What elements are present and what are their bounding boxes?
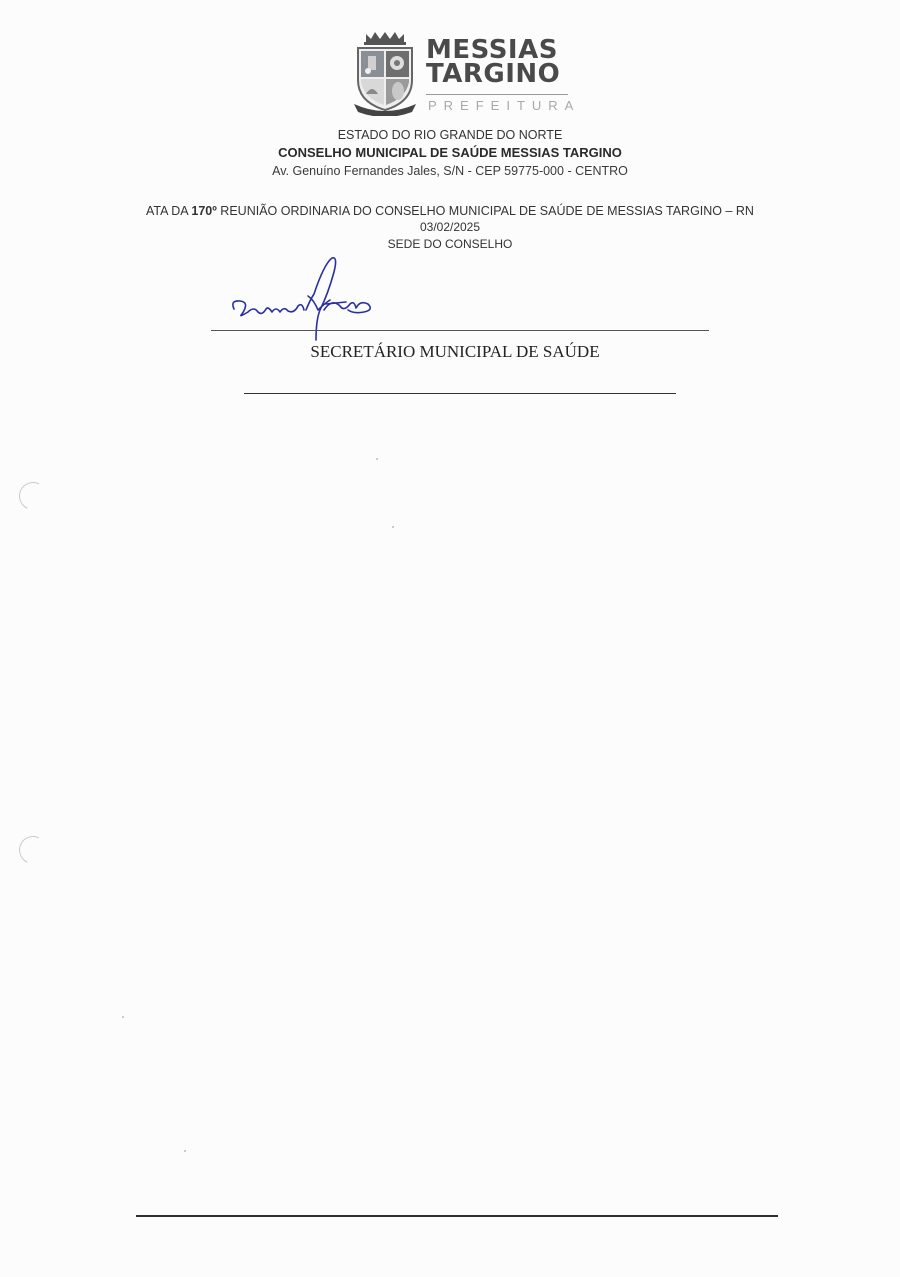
punch-hole-mark (15, 832, 51, 868)
council-address: Av. Genuíno Fernandes Jales, S/N - CEP 5… (0, 164, 900, 178)
scan-speck (122, 1016, 124, 1018)
document-page: MESSIAS TARGINO PREFEITURA ESTADO DO RIO… (0, 0, 900, 1277)
meeting-date: 03/02/2025 (0, 220, 900, 234)
signatory-role: SECRETÁRIO MUNICIPAL DE SAÚDE (0, 342, 900, 362)
state-name: ESTADO DO RIO GRANDE DO NORTE (0, 128, 900, 142)
minutes-title-prefix: ATA DA (146, 204, 191, 218)
logo-subtitle: PREFEITURA (428, 98, 580, 113)
logo-divider (426, 94, 568, 95)
scan-speck (392, 526, 394, 528)
prefeitura-logo: MESSIAS TARGINO PREFEITURA (352, 30, 574, 118)
scan-speck (376, 458, 378, 460)
scan-speck (184, 1150, 186, 1152)
signature-line (211, 330, 709, 331)
footer-rule (136, 1215, 778, 1217)
logo-title-line2: TARGINO (426, 62, 560, 86)
coat-of-arms-icon (352, 30, 418, 116)
council-name: CONSELHO MUNICIPAL DE SAÚDE MESSIAS TARG… (0, 145, 900, 160)
minutes-title-suffix: REUNIÃO ORDINARIA DO CONSELHO MUNICIPAL … (217, 204, 754, 218)
meeting-number: 170º (191, 204, 216, 218)
minutes-title: ATA DA 170º REUNIÃO ORDINARIA DO CONSELH… (0, 204, 900, 218)
punch-hole-mark (15, 478, 51, 514)
logo-title: MESSIAS TARGINO (426, 38, 560, 86)
second-signature-line (244, 393, 676, 394)
meeting-location: SEDE DO CONSELHO (0, 237, 900, 251)
